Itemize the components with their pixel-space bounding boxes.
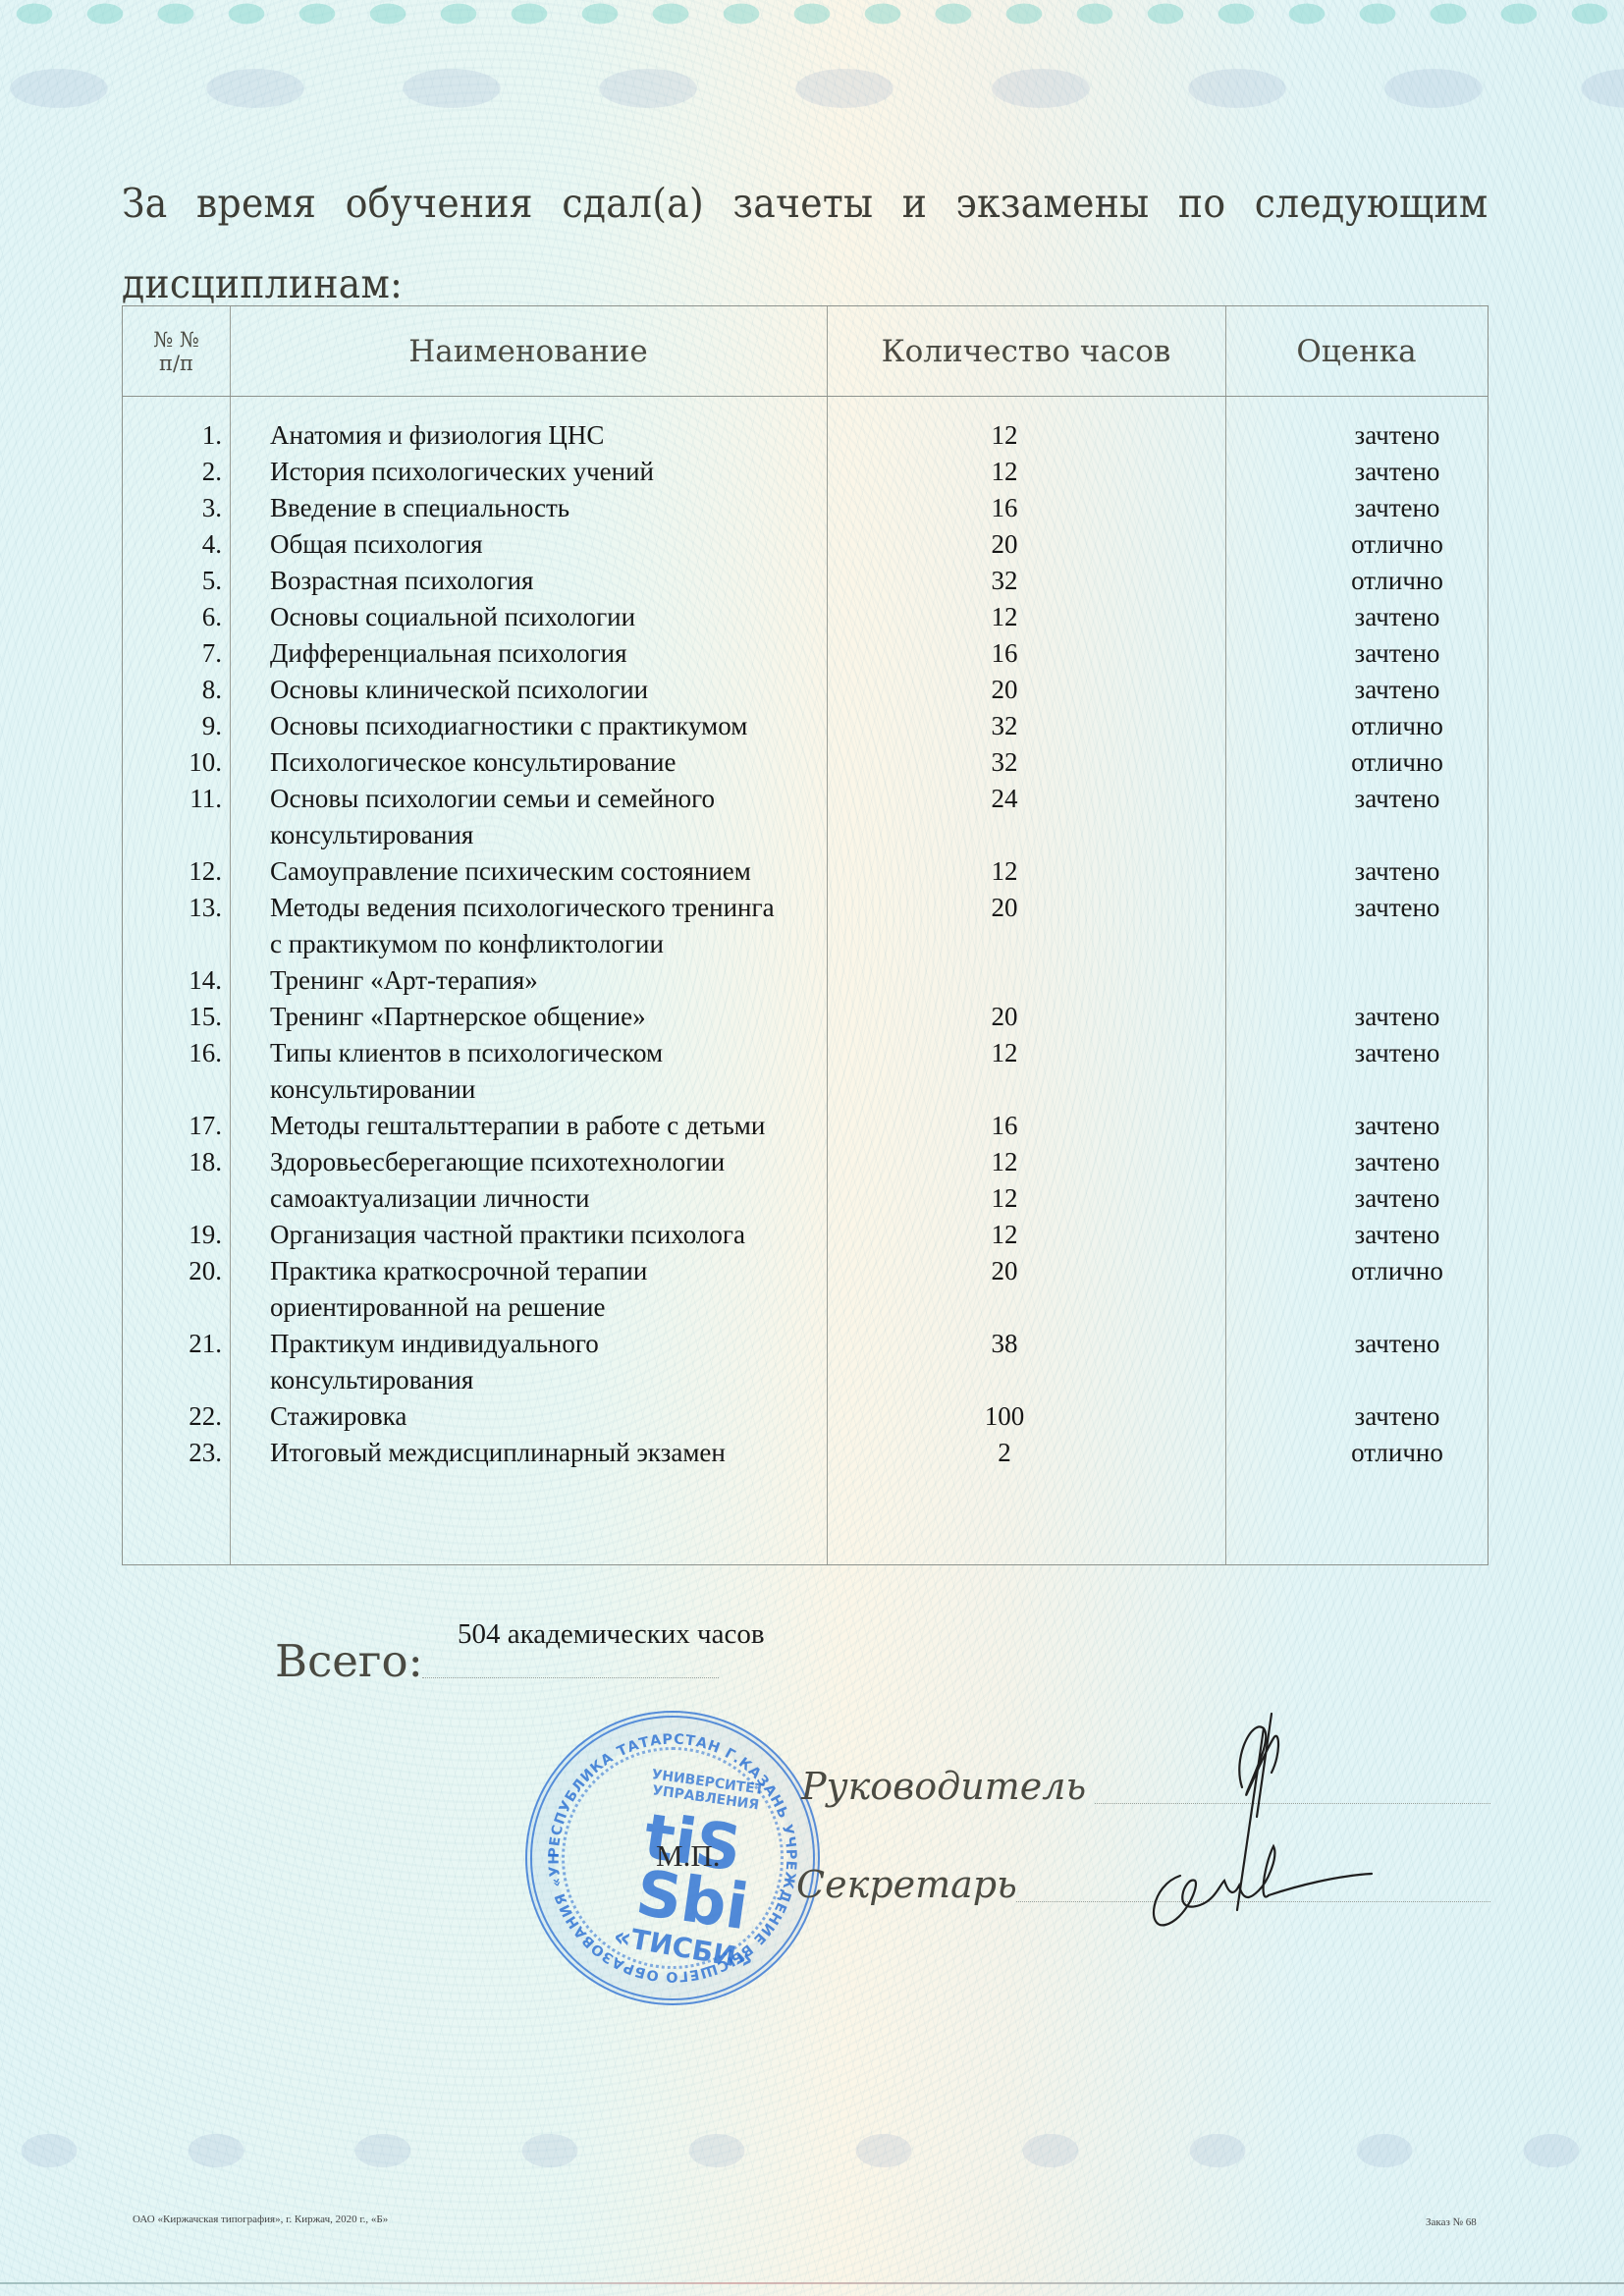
row-number: 19. bbox=[123, 1217, 222, 1253]
header-hours: Количество часов bbox=[827, 306, 1225, 396]
grade-value: отлично bbox=[1309, 1253, 1486, 1289]
table-row: 4.Общая психология20отлично bbox=[123, 526, 1488, 563]
grade-value: зачтено bbox=[1309, 1398, 1486, 1435]
printer-imprint: ОАО «Киржачская типография», г. Киржач, … bbox=[133, 2214, 388, 2225]
discipline-name: Введение в специальность bbox=[270, 490, 898, 526]
row-number: 3. bbox=[123, 490, 222, 526]
hours-cell: 12 bbox=[828, 454, 1181, 490]
grade-value: отлично bbox=[1309, 563, 1486, 599]
total-underline bbox=[422, 1677, 719, 1678]
table-row: 2.История психологических учений12зачтен… bbox=[123, 454, 1488, 490]
heading-line-1: За время обучения сдал(а) зачеты и экзам… bbox=[122, 163, 1488, 244]
grade-cell: зачтено bbox=[1309, 781, 1486, 817]
grade-value: зачтено bbox=[1309, 1144, 1486, 1180]
heading-line-2: дисциплинам: bbox=[122, 260, 403, 307]
discipline-name: Итоговый междисциплинарный экзамен bbox=[270, 1435, 898, 1471]
discipline-name-line: Дифференциальная психология bbox=[270, 635, 898, 672]
row-number: 13. bbox=[123, 890, 222, 926]
hours-cell: 20 bbox=[828, 999, 1181, 1035]
row-number: 17. bbox=[123, 1108, 222, 1144]
discipline-name: Основы социальной психологии bbox=[270, 599, 898, 635]
discipline-name-line: Тренинг «Партнерское общение» bbox=[270, 999, 898, 1035]
row-number: 22. bbox=[123, 1398, 222, 1435]
table-body: 1.Анатомия и физиология ЦНС12зачтено2.Ис… bbox=[123, 417, 1488, 1471]
grade-cell: зачтенозачтено bbox=[1309, 1144, 1486, 1217]
hours-cell: 16 bbox=[828, 490, 1181, 526]
table-row: 16.Типы клиентов в психологическомконсул… bbox=[123, 1035, 1488, 1108]
row-number: 20. bbox=[123, 1253, 222, 1289]
hours-cell: 32 bbox=[828, 708, 1181, 744]
grade-value: зачтено bbox=[1309, 490, 1486, 526]
discipline-name: Организация частной практики психолога bbox=[270, 1217, 898, 1253]
discipline-name-line: Основы психологии семьи и семейного bbox=[270, 781, 898, 817]
discipline-name: Самоуправление психическим состоянием bbox=[270, 853, 898, 890]
grade-cell: зачтено bbox=[1309, 1108, 1486, 1144]
hours-value: 20 bbox=[828, 999, 1181, 1035]
table-row: 17.Методы гештальттерапии в работе с дет… bbox=[123, 1108, 1488, 1144]
table-row: 9.Основы психодиагностики с практикумом3… bbox=[123, 708, 1488, 744]
hours-value: 2 bbox=[828, 1435, 1181, 1471]
grade-cell: зачтено bbox=[1309, 1398, 1486, 1435]
header-name: Наименование bbox=[230, 306, 827, 396]
row-number: 14. bbox=[123, 962, 222, 999]
discipline-name-line: ориентированной на решение bbox=[270, 1289, 898, 1326]
grade-value: зачтено bbox=[1309, 1217, 1486, 1253]
grade-cell: отлично bbox=[1309, 1253, 1486, 1289]
hours-cell: 16 bbox=[828, 635, 1181, 672]
grade-value: отлично bbox=[1309, 1435, 1486, 1471]
discipline-name: Стажировка bbox=[270, 1398, 898, 1435]
hours-value: 20 bbox=[828, 672, 1181, 708]
hours-cell: 20 bbox=[828, 526, 1181, 563]
grade-cell: зачтено bbox=[1309, 890, 1486, 926]
discipline-name-line: Организация частной практики психолога bbox=[270, 1217, 898, 1253]
page-heading: За время обучения сдал(а) зачеты и экзам… bbox=[122, 163, 1380, 324]
hours-cell: 2 bbox=[828, 1435, 1181, 1471]
decorative-wave-pattern-bottom bbox=[0, 2121, 1624, 2180]
header-number-line1: № № bbox=[153, 328, 198, 352]
table-row: 10.Психологическое консультирование32отл… bbox=[123, 744, 1488, 781]
discipline-name-line: Методы ведения психологического тренинга bbox=[270, 890, 898, 926]
grade-cell: зачтено bbox=[1309, 1035, 1486, 1071]
row-number: 6. bbox=[123, 599, 222, 635]
discipline-name-line: Возрастная психология bbox=[270, 563, 898, 599]
row-number: 1. bbox=[123, 417, 222, 454]
decorative-top-border bbox=[0, 0, 1624, 33]
grade-value: зачтено bbox=[1309, 1326, 1486, 1362]
header-grade: Оценка bbox=[1225, 306, 1488, 396]
grade-value: отлично bbox=[1309, 526, 1486, 563]
discipline-name: Тренинг «Партнерское общение» bbox=[270, 999, 898, 1035]
discipline-name: Тренинг «Арт-терапия» bbox=[270, 962, 898, 999]
row-number: 11. bbox=[123, 781, 222, 817]
hours-cell: 12 bbox=[828, 853, 1181, 890]
discipline-name-line: консультирования bbox=[270, 817, 898, 853]
grade-cell: зачтено bbox=[1309, 417, 1486, 454]
table-row: 7.Дифференциальная психология16зачтено bbox=[123, 635, 1488, 672]
secretary-label: Секретарь bbox=[796, 1863, 1017, 1906]
discipline-name-line: Общая психология bbox=[270, 526, 898, 563]
discipline-name-line: самоактуализации личности bbox=[270, 1180, 898, 1217]
hours-cell: 12 bbox=[828, 417, 1181, 454]
hours-value: 12 bbox=[828, 1217, 1181, 1253]
discipline-name-line: Практика краткосрочной терапии bbox=[270, 1253, 898, 1289]
row-number: 15. bbox=[123, 999, 222, 1035]
hours-value: 38 bbox=[828, 1326, 1181, 1362]
grade-cell: зачтено bbox=[1309, 853, 1486, 890]
row-number: 16. bbox=[123, 1035, 222, 1071]
hours-value: 16 bbox=[828, 635, 1181, 672]
grade-cell: зачтено bbox=[1309, 1326, 1486, 1362]
discipline-name-line: Типы клиентов в психологическом bbox=[270, 1035, 898, 1071]
header-name-text: Наименование bbox=[408, 334, 648, 369]
header-number: № № п/п bbox=[123, 306, 230, 396]
hours-cell: 12 bbox=[828, 1035, 1181, 1071]
row-number: 4. bbox=[123, 526, 222, 563]
hours-value: 32 bbox=[828, 744, 1181, 781]
hours-value: 12 bbox=[828, 1144, 1181, 1180]
discipline-name-line: Здоровьесберегающие психотехнологии bbox=[270, 1144, 898, 1180]
table-row: 5.Возрастная психология32отлично bbox=[123, 563, 1488, 599]
hours-value: 12 bbox=[828, 454, 1181, 490]
grade-value: зачтено bbox=[1309, 417, 1486, 454]
discipline-name-line: Основы психодиагностики с практикумом bbox=[270, 708, 898, 744]
hours-value: 12 bbox=[828, 853, 1181, 890]
row-number: 12. bbox=[123, 853, 222, 890]
header-hours-text: Количество часов bbox=[882, 334, 1171, 369]
total-value: 504 академических часов bbox=[458, 1618, 765, 1651]
hours-value: 16 bbox=[828, 1108, 1181, 1144]
discipline-name-line: Основы клинической психологии bbox=[270, 672, 898, 708]
grade-value: зачтено bbox=[1309, 1108, 1486, 1144]
discipline-name: Методы ведения психологического тренинга… bbox=[270, 890, 898, 962]
table-row: 14.Тренинг «Арт-терапия» bbox=[123, 962, 1488, 999]
discipline-name-line: Основы социальной психологии bbox=[270, 599, 898, 635]
grade-cell bbox=[1309, 962, 1486, 999]
order-number: Заказ № 68 bbox=[1426, 2216, 1477, 2228]
grade-cell: зачтено bbox=[1309, 999, 1486, 1035]
table-row: 18.Здоровьесберегающие психотехнологииса… bbox=[123, 1144, 1488, 1217]
grade-cell: зачтено bbox=[1309, 672, 1486, 708]
grade-value: отлично bbox=[1309, 708, 1486, 744]
table-row: 6.Основы социальной психологии12зачтено bbox=[123, 599, 1488, 635]
hours-value: 32 bbox=[828, 708, 1181, 744]
grade-value: зачтено bbox=[1309, 1035, 1486, 1071]
discipline-name: Практика краткосрочной терапииориентиров… bbox=[270, 1253, 898, 1326]
discipline-name: Основы психологии семьи и семейногоконсу… bbox=[270, 781, 898, 853]
secretary-signature-icon bbox=[1141, 1836, 1377, 1944]
row-number: 21. bbox=[123, 1326, 222, 1362]
grade-cell: отлично bbox=[1309, 708, 1486, 744]
hours-cell bbox=[828, 962, 1181, 999]
discipline-name: Методы гештальттерапии в работе с детьми bbox=[270, 1108, 898, 1144]
grade-cell: отлично bbox=[1309, 1435, 1486, 1471]
header-grade-text: Оценка bbox=[1296, 334, 1416, 369]
discipline-name: Психологическое консультирование bbox=[270, 744, 898, 781]
hours-cell: 20 bbox=[828, 1253, 1181, 1289]
discipline-name-line: История психологических учений bbox=[270, 454, 898, 490]
grade-value bbox=[1309, 962, 1486, 999]
discipline-name-line: Тренинг «Арт-терапия» bbox=[270, 962, 898, 999]
hours-cell: 32 bbox=[828, 563, 1181, 599]
table-row: 21.Практикум индивидуальногоконсультиров… bbox=[123, 1326, 1488, 1398]
hours-value: 12 bbox=[828, 599, 1181, 635]
hours-value: 12 bbox=[828, 1180, 1181, 1217]
discipline-name-line: Итоговый междисциплинарный экзамен bbox=[270, 1435, 898, 1471]
hours-value: 16 bbox=[828, 490, 1181, 526]
hours-cell: 20 bbox=[828, 672, 1181, 708]
grade-value: зачтено bbox=[1309, 454, 1486, 490]
stamp-place-label: М.П. bbox=[656, 1838, 720, 1874]
table-row: 12.Самоуправление психическим состоянием… bbox=[123, 853, 1488, 890]
grade-value: зачтено bbox=[1309, 890, 1486, 926]
table-row: 11.Основы психологии семьи и семейногоко… bbox=[123, 781, 1488, 853]
head-label: Руководитель bbox=[801, 1765, 1086, 1808]
table-row: 20.Практика краткосрочной терапииориенти… bbox=[123, 1253, 1488, 1326]
grade-cell: отлично bbox=[1309, 563, 1486, 599]
table-row: 23.Итоговый междисциплинарный экзамен2от… bbox=[123, 1435, 1488, 1471]
discipline-name: Основы психодиагностики с практикумом bbox=[270, 708, 898, 744]
discipline-name: Практикум индивидуальногоконсультировани… bbox=[270, 1326, 898, 1398]
hours-value: 100 bbox=[828, 1398, 1181, 1435]
row-number: 23. bbox=[123, 1435, 222, 1471]
page-bottom-edge bbox=[0, 2282, 1624, 2284]
disciplines-table: № № п/п Наименование Количество часов Оц… bbox=[122, 305, 1489, 1565]
row-number: 10. bbox=[123, 744, 222, 781]
total-label: Всего: bbox=[275, 1635, 423, 1687]
table-row: 1.Анатомия и физиология ЦНС12зачтено bbox=[123, 417, 1488, 454]
grade-value: зачтено bbox=[1309, 999, 1486, 1035]
hours-value: 12 bbox=[828, 417, 1181, 454]
grade-cell: зачтено bbox=[1309, 599, 1486, 635]
hours-value: 32 bbox=[828, 563, 1181, 599]
hours-cell: 20 bbox=[828, 890, 1181, 926]
row-number: 9. bbox=[123, 708, 222, 744]
grade-value: зачтено bbox=[1309, 1180, 1486, 1217]
header-number-line2: п/п bbox=[159, 352, 193, 375]
grade-value: зачтено bbox=[1309, 599, 1486, 635]
table-row: 22.Стажировка100зачтено bbox=[123, 1398, 1488, 1435]
hours-cell: 16 bbox=[828, 1108, 1181, 1144]
discipline-name: Анатомия и физиология ЦНС bbox=[270, 417, 898, 454]
grade-value: зачтено bbox=[1309, 853, 1486, 890]
hours-value: 12 bbox=[828, 1035, 1181, 1071]
hours-cell: 100 bbox=[828, 1398, 1181, 1435]
grade-cell: отлично bbox=[1309, 744, 1486, 781]
grade-value: зачтено bbox=[1309, 781, 1486, 817]
discipline-name-line: консультировании bbox=[270, 1071, 898, 1108]
grade-cell: зачтено bbox=[1309, 454, 1486, 490]
discipline-name: Здоровьесберегающие психотехнологиисамоа… bbox=[270, 1144, 898, 1217]
discipline-name: Дифференциальная психология bbox=[270, 635, 898, 672]
hours-value bbox=[828, 962, 1181, 999]
table-row: 3.Введение в специальность16зачтено bbox=[123, 490, 1488, 526]
hours-value: 20 bbox=[828, 890, 1181, 926]
row-number: 8. bbox=[123, 672, 222, 708]
hours-cell: 32 bbox=[828, 744, 1181, 781]
grade-value: отлично bbox=[1309, 744, 1486, 781]
grade-cell: зачтено bbox=[1309, 490, 1486, 526]
discipline-name: Общая психология bbox=[270, 526, 898, 563]
discipline-name-line: Самоуправление психическим состоянием bbox=[270, 853, 898, 890]
discipline-name: Основы клинической психологии bbox=[270, 672, 898, 708]
hours-cell: 12 bbox=[828, 599, 1181, 635]
discipline-name-line: с практикумом по конфликтологии bbox=[270, 926, 898, 962]
hours-cell: 12 bbox=[828, 1217, 1181, 1253]
hours-cell: 38 bbox=[828, 1326, 1181, 1362]
hours-value: 24 bbox=[828, 781, 1181, 817]
hours-value: 20 bbox=[828, 526, 1181, 563]
header-divider bbox=[123, 396, 1488, 397]
grade-value: зачтено bbox=[1309, 672, 1486, 708]
row-number: 2. bbox=[123, 454, 222, 490]
discipline-name: Типы клиентов в психологическомконсульти… bbox=[270, 1035, 898, 1108]
grade-cell: зачтено bbox=[1309, 1217, 1486, 1253]
row-number: 18. bbox=[123, 1144, 222, 1180]
hours-value: 20 bbox=[828, 1253, 1181, 1289]
table-row: 8.Основы клинической психологии20зачтено bbox=[123, 672, 1488, 708]
hours-cell: 24 bbox=[828, 781, 1181, 817]
row-number: 7. bbox=[123, 635, 222, 672]
discipline-name-line: Анатомия и физиология ЦНС bbox=[270, 417, 898, 454]
discipline-name: Возрастная психология bbox=[270, 563, 898, 599]
hours-cell: 1212 bbox=[828, 1144, 1181, 1217]
discipline-name-line: Стажировка bbox=[270, 1398, 898, 1435]
table-row: 19.Организация частной практики психолог… bbox=[123, 1217, 1488, 1253]
discipline-name-line: консультирования bbox=[270, 1362, 898, 1398]
discipline-name-line: Методы гештальттерапии в работе с детьми bbox=[270, 1108, 898, 1144]
decorative-wave-pattern-top bbox=[0, 59, 1624, 128]
discipline-name-line: Введение в специальность bbox=[270, 490, 898, 526]
table-row: 13.Методы ведения психологического трени… bbox=[123, 890, 1488, 962]
grade-value: зачтено bbox=[1309, 635, 1486, 672]
discipline-name: История психологических учений bbox=[270, 454, 898, 490]
row-number: 5. bbox=[123, 563, 222, 599]
grade-cell: отлично bbox=[1309, 526, 1486, 563]
discipline-name-line: Психологическое консультирование bbox=[270, 744, 898, 781]
table-row: 15.Тренинг «Партнерское общение»20зачтен… bbox=[123, 999, 1488, 1035]
grade-cell: зачтено bbox=[1309, 635, 1486, 672]
discipline-name-line: Практикум индивидуального bbox=[270, 1326, 898, 1362]
